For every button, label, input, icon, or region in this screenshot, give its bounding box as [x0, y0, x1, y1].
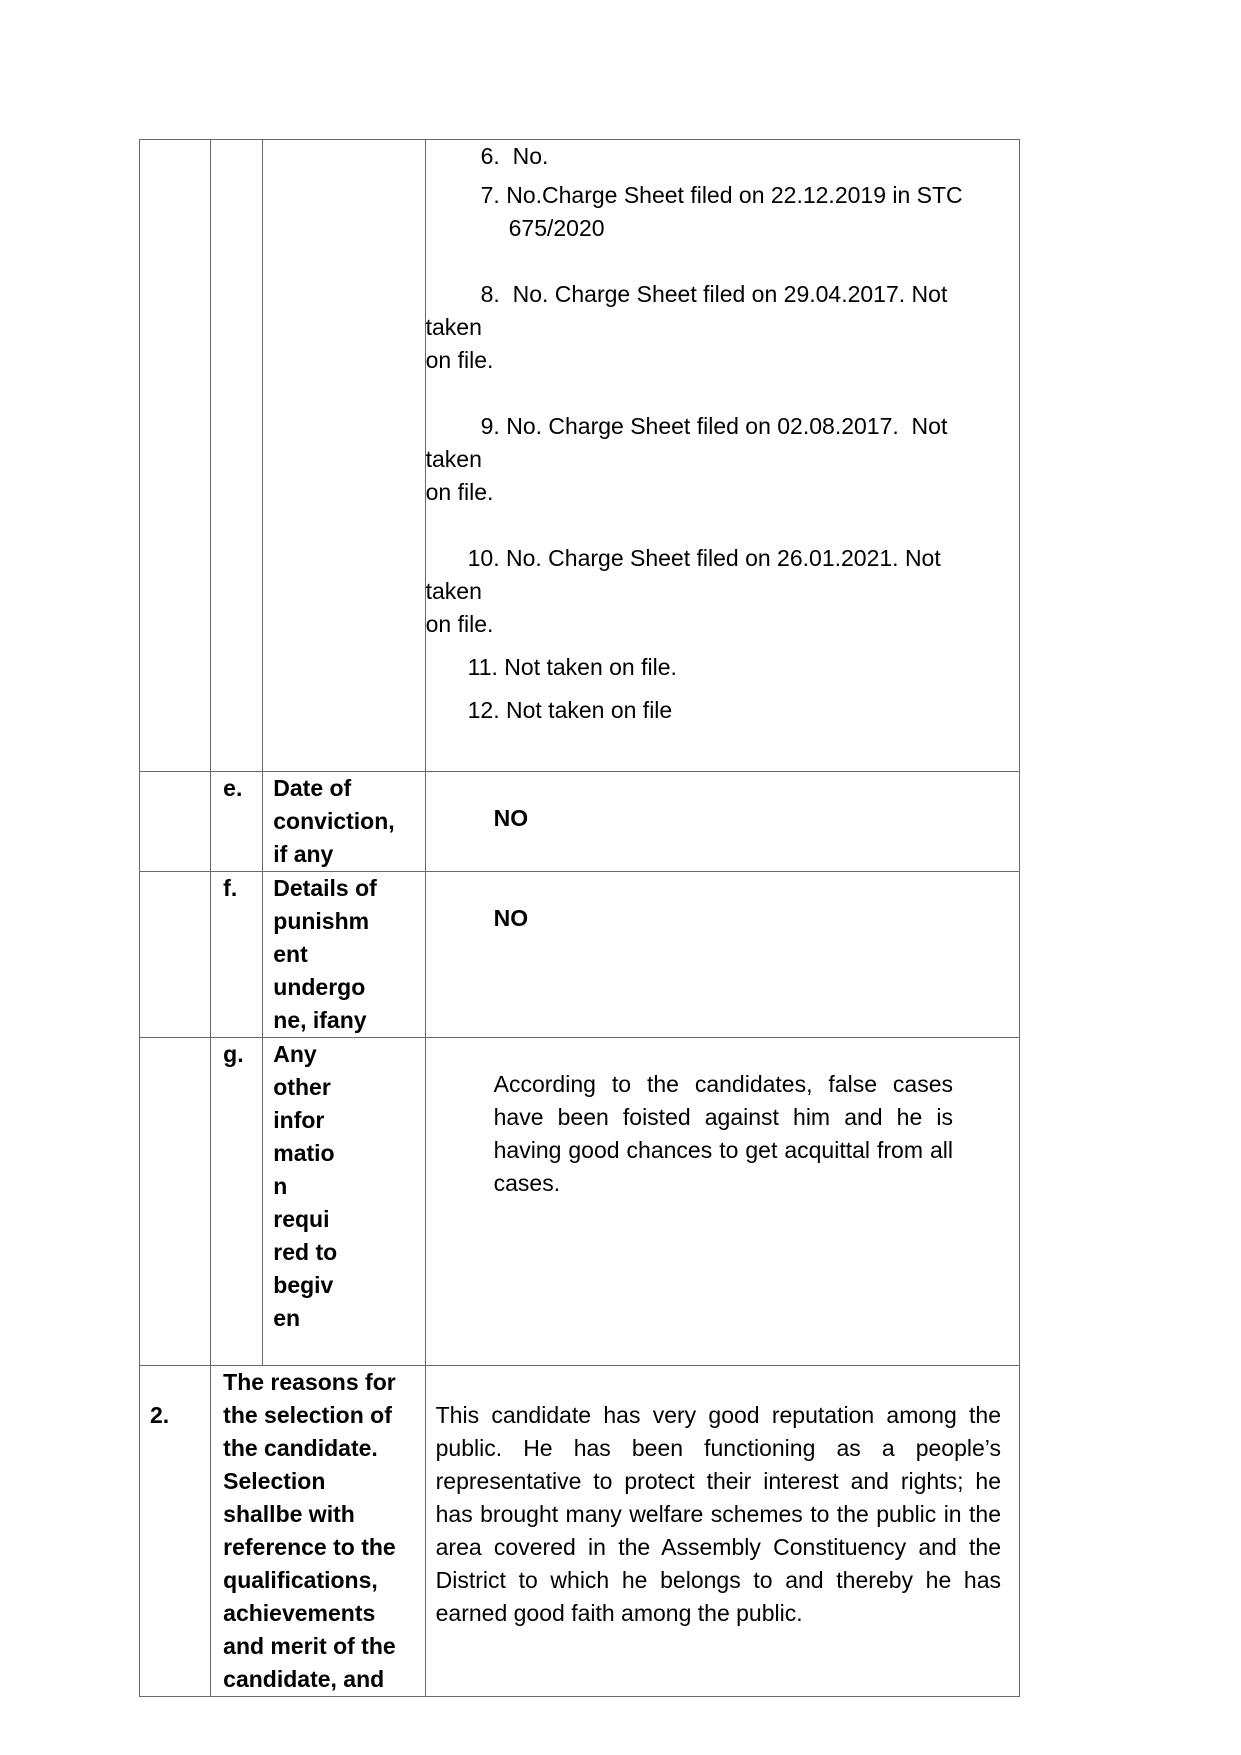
list-item: 11. Not taken on file. — [426, 651, 1019, 684]
list-item-continuation: on file. — [426, 608, 1019, 641]
list-item: 9. No. Charge Sheet filed on 02.08.2017.… — [426, 410, 1019, 443]
list-item-continuation: 675/2020 — [426, 212, 1019, 245]
label-cell — [263, 140, 425, 772]
list-item-continuation: on file. — [426, 476, 1019, 509]
other-information-row: g. Any other infor matio n requi red to … — [140, 1038, 1020, 1366]
row-label: Date of conviction, if any — [263, 772, 425, 872]
row-letter: e. — [211, 772, 263, 872]
list-item: 6. No. — [426, 140, 1019, 173]
row-letter: g. — [211, 1038, 263, 1366]
selection-reasons-row: 2. The reasons for the selection of the … — [140, 1366, 1020, 1697]
punishment-details-row: f. Details of punishm ent undergo ne, if… — [140, 872, 1020, 1038]
list-item: 8. No. Charge Sheet filed on 29.04.2017.… — [426, 278, 1019, 311]
row-label: Details of punishm ent undergo ne, ifany — [263, 872, 425, 1038]
candidate-details-table: 6. No. 7. No.Charge Sheet filed on 22.12… — [139, 139, 1020, 1697]
case-status-list: 6. No. 7. No.Charge Sheet filed on 22.12… — [425, 140, 1019, 772]
list-item: 7. No.Charge Sheet filed on 22.12.2019 i… — [426, 179, 1019, 212]
serial-cell — [140, 140, 211, 772]
document-page: 6. No. 7. No.Charge Sheet filed on 22.12… — [0, 0, 1241, 1755]
row-value: According to the candidates, false cases… — [425, 1038, 1019, 1366]
list-item-continuation: taken — [426, 443, 1019, 476]
serial-cell — [140, 872, 211, 1038]
list-item-continuation: taken — [426, 575, 1019, 608]
conviction-date-row: e. Date of conviction, if any NO — [140, 772, 1020, 872]
case-status-row: 6. No. 7. No.Charge Sheet filed on 22.12… — [140, 140, 1020, 772]
row-letter: f. — [211, 872, 263, 1038]
letter-cell — [211, 140, 263, 772]
list-item-continuation: on file. — [426, 344, 1019, 377]
list-item: 10. No. Charge Sheet filed on 26.01.2021… — [426, 542, 1019, 575]
row-label: Any other infor matio n requi red to beg… — [263, 1038, 425, 1366]
serial-number: 2. — [140, 1366, 211, 1697]
row-label: The reasons for the selection of the can… — [211, 1366, 425, 1697]
serial-cell — [140, 1038, 211, 1366]
row-value: This candidate has very good reputation … — [425, 1366, 1019, 1697]
serial-cell — [140, 772, 211, 872]
list-item-continuation: taken — [426, 311, 1019, 344]
row-value: NO — [425, 772, 1019, 872]
list-item: 12. Not taken on file — [426, 694, 1019, 727]
row-value: NO — [425, 872, 1019, 1038]
